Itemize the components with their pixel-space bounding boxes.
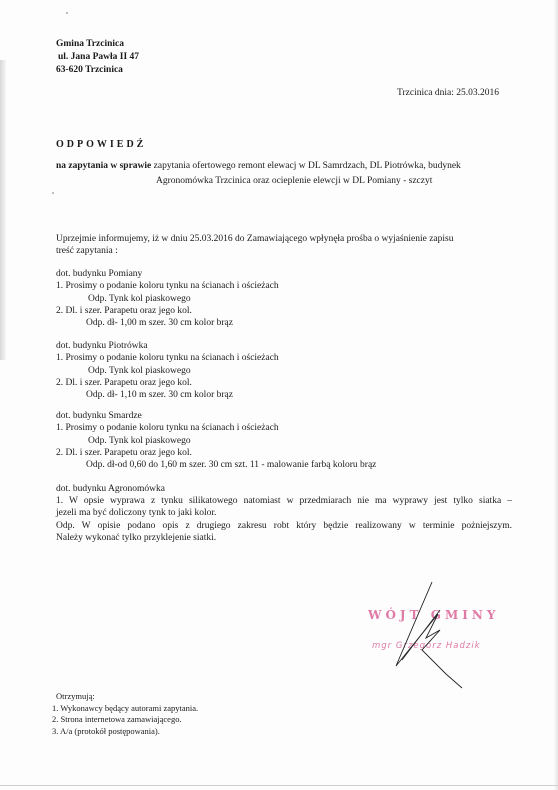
subject-bold-prefix: na zapytania w sprawie	[56, 161, 151, 171]
handwritten-signature	[380, 580, 520, 690]
section-title: dot. budynku Agronomówka	[56, 483, 516, 495]
question-1: 1. Prosimy o podanie koloru tynku na ści…	[56, 352, 279, 364]
answer-1: Odp. Tynk kol piaskowego	[56, 293, 279, 305]
section-agronomowka: dot. budynku Agronomówka 1. W opsie wypr…	[56, 483, 516, 544]
recipients-heading: Otrzymują:	[52, 691, 198, 703]
subject-line-1-rest: zapytania ofertowego remont elewacj w DL…	[151, 161, 461, 171]
section-title: dot. budynku Pomiany	[56, 268, 279, 280]
intro-line-2: treść zapytania :	[56, 245, 453, 257]
question-1: 1. Prosimy o podanie koloru tynku na ści…	[56, 422, 376, 434]
section-smardze: dot. budynku Smardze 1. Prosimy o podani…	[56, 410, 376, 471]
intro-paragraph: Uprzejmie informujemy, iż w dniu 25.03.2…	[56, 233, 453, 257]
scanned-document-page: Gmina Trzcinica ul. Jana Pawła II 47 63-…	[0, 0, 558, 790]
sender-street: ul. Jana Pawła II 47	[56, 51, 139, 64]
answer-2: Odp. dł- 1,00 m szer. 30 cm kolor brąz	[56, 317, 279, 329]
document-heading: ODPOWIEDŹ	[56, 139, 146, 150]
question-2: 2. Dl. i szer. Parapetu oraz jego kol.	[56, 305, 279, 317]
answer-1-line-2: Należy wykonać tylko przyklejenie siatki…	[56, 532, 516, 544]
answer-1: Odp. Tynk kol piaskowego	[56, 435, 376, 447]
sender-name: Gmina Trzcinica	[56, 38, 139, 51]
section-piotrowka: dot. budynku Piotrówka 1. Prosimy o poda…	[56, 340, 279, 401]
section-title: dot. budynku Smardze	[56, 410, 376, 422]
scan-speck	[52, 192, 54, 194]
recipient-item: 2. Strona internetowa zamawiającego.	[52, 714, 198, 726]
subject-line-2: Agronomówka Trzcinica oraz ocieplenie el…	[156, 176, 432, 186]
question-1-line-1: 1. W opsie wyprawa z tynku silikatowego …	[56, 495, 512, 507]
scan-shadow-right	[554, 0, 558, 790]
answer-1-line-1: Odp. W opisie podano opis z drugiego zak…	[56, 520, 512, 532]
scan-speck	[66, 12, 68, 14]
intro-line-1: Uprzejmie informujemy, iż w dniu 25.03.2…	[56, 233, 453, 245]
scan-edge-line	[0, 785, 558, 786]
section-title: dot. budynku Piotrówka	[56, 340, 279, 352]
subject-line-1: na zapytania w sprawie zapytania ofertow…	[56, 161, 461, 171]
question-2: 2. Dl. i szer. Parapetu oraz jego kol.	[56, 447, 376, 459]
recipient-item: 3. A/a (protokół postępowania).	[52, 726, 198, 738]
answer-1: Odp. Tynk kol piaskowego	[56, 365, 279, 377]
date-line: Trzcinica dnia: 25.03.2016	[397, 88, 499, 98]
section-pomiany: dot. budynku Pomiany 1. Prosimy o podani…	[56, 268, 279, 329]
recipient-item: 1. Wykonawcy będący autorami zapytania.	[52, 703, 198, 715]
scan-shadow-left	[0, 60, 6, 360]
sender-address: Gmina Trzcinica ul. Jana Pawła II 47 63-…	[56, 38, 139, 77]
recipients-list: Otrzymują: 1. Wykonawcy będący autorami …	[52, 691, 198, 737]
question-1-line-2: jezeli ma być doliczony tynk to jaki kol…	[56, 507, 516, 519]
answer-2: Odp. dł-od 0,60 do 1,60 m szer. 30 cm sz…	[56, 459, 376, 471]
sender-city: 63-620 Trzcinica	[56, 64, 139, 77]
question-1: 1. Prosimy o podanie koloru tynku na ści…	[56, 280, 279, 292]
answer-2: Odp. dł- 1,10 m szer. 30 cm kolor brąz	[56, 389, 279, 401]
question-2: 2. Dl. i szer. Parapetu oraz jego kol.	[56, 377, 279, 389]
